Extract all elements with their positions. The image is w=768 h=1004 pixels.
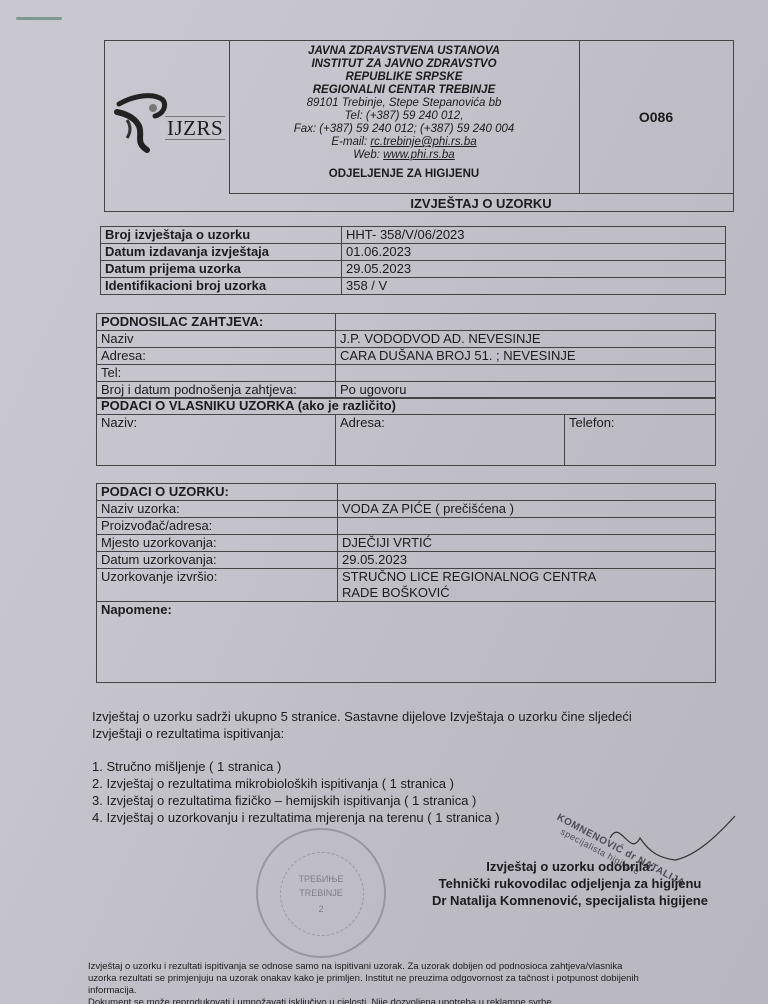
institution-tel: Tel: (+387) 59 240 012, xyxy=(229,110,579,123)
report-number-value: HHT- 358/V/06/2023 xyxy=(342,227,726,244)
table-row: PODNOSILAC ZAHTJEVA: xyxy=(97,314,716,331)
producer-label: Proizvođač/adresa: xyxy=(97,518,338,535)
sampled-by-line1: STRUČNO LICE REGIONALNOG CENTRA xyxy=(342,569,711,585)
table-row: Proizvođač/adresa: xyxy=(97,518,716,535)
institution-address: 89101 Trebinje, Stepe Stepanovića bb xyxy=(229,97,579,110)
institution-block: JAVNA ZDRAVSTVENA USTANOVA INSTITUT ZA J… xyxy=(229,41,580,193)
applicant-address-label: Adresa: xyxy=(97,348,336,365)
producer-value xyxy=(338,518,716,535)
sampled-by-value: STRUČNO LICE REGIONALNOG CENTRA RADE BOŠ… xyxy=(338,569,716,602)
table-row: Naziv J.P. VODODVOD AD. NEVESINJE xyxy=(97,331,716,348)
sample-id-label: Identifikacioni broj uzorka xyxy=(101,278,342,295)
table-row: Mjesto uzorkovanja: DJEČIJI VRTIĆ xyxy=(97,535,716,552)
applicant-table: PODNOSILAC ZAHTJEVA: Naziv J.P. VODODVOD… xyxy=(96,313,716,399)
owner-table: PODACI O VLASNIKU UZORKA (ako je različi… xyxy=(96,397,716,466)
table-row: Broj izvještaja o uzorku HHT- 358/V/06/2… xyxy=(101,227,726,244)
owner-name-label: Naziv: xyxy=(97,415,336,466)
request-value: Po ugovoru xyxy=(336,382,716,399)
stamp-text: 2 xyxy=(258,904,384,914)
summary-text: Izvještaj o uzorku sadrži ukupno 5 stran… xyxy=(92,708,732,742)
institution-fax: Fax: (+387) 59 240 012; (+387) 59 240 00… xyxy=(229,123,579,136)
report-info-table: Broj izvještaja o uzorku HHT- 358/V/06/2… xyxy=(100,226,726,295)
official-stamp: ТРЕБИЊЕ TREBINJE 2 xyxy=(256,828,386,958)
institution-web-row: Web: www.phi.rs.ba xyxy=(229,149,579,162)
table-row: Uzorkovanje izvršio: STRUČNO LICE REGION… xyxy=(97,569,716,602)
footer-line: Dokument se može reprodukovati i umnožav… xyxy=(88,997,748,1004)
applicant-name-value: J.P. VODODVOD AD. NEVESINJE xyxy=(336,331,716,348)
receipt-date-value: 29.05.2023 xyxy=(342,261,726,278)
table-row: Datum izdavanja izvještaja 01.06.2023 xyxy=(101,244,726,261)
sampling-place-value: DJEČIJI VRTIĆ xyxy=(338,535,716,552)
approver-name: Dr Natalija Komnenović, specijalista hig… xyxy=(400,892,740,909)
empty-cell xyxy=(338,484,716,501)
applicant-tel-value xyxy=(336,365,716,382)
table-row: Datum uzorkovanja: 29.05.2023 xyxy=(97,552,716,569)
sampled-by-line2: RADE BOŠKOVIĆ xyxy=(342,585,711,601)
table-row: PODACI O UZORKU: xyxy=(97,484,716,501)
table-row: Datum prijema uzorka 29.05.2023 xyxy=(101,261,726,278)
form-code-cell: O086 xyxy=(579,41,733,193)
issue-date-value: 01.06.2023 xyxy=(342,244,726,261)
table-row: Identifikacioni broj uzorka 358 / V xyxy=(101,278,726,295)
institution-line: JAVNA ZDRAVSTVENA USTANOVA xyxy=(229,45,579,58)
applicant-heading: PODNOSILAC ZAHTJEVA: xyxy=(97,314,336,331)
table-row: Adresa: CARA DUŠANA BROJ 51. ; NEVESINJE xyxy=(97,348,716,365)
document-title: IZVJEŠTAJ O UZORKU xyxy=(229,193,733,213)
footer-line: Izvještaj o uzorku i rezultati ispitivan… xyxy=(88,961,748,973)
summary-line: Izvještaji o rezultatima ispitivanja: xyxy=(92,725,732,742)
paper-mark xyxy=(16,17,62,20)
owner-heading: PODACI O VLASNIKU UZORKA (ako je različi… xyxy=(97,398,716,415)
owner-phone-label: Telefon: xyxy=(565,415,716,466)
institution-line: REPUBLIKE SRPSKE xyxy=(229,71,579,84)
stamp-text: TREBINJE xyxy=(258,888,384,898)
issue-date-label: Datum izdavanja izvještaja xyxy=(101,244,342,261)
notes-label: Napomene: xyxy=(97,602,716,683)
list-item: 3. Izvještaj o rezultatima fizičko – hem… xyxy=(92,792,732,809)
applicant-name-label: Naziv xyxy=(97,331,336,348)
stamp-text: ТРЕБИЊЕ xyxy=(258,874,384,884)
table-row: Naziv uzorka: VODA ZA PIĆE ( prečišćena … xyxy=(97,501,716,518)
footer-disclaimer: Izvještaj o uzorku i rezultati ispitivan… xyxy=(88,961,748,1004)
list-item: 2. Izvještaj o rezultatima mikrobiološki… xyxy=(92,775,732,792)
report-number-label: Broj izvještaja o uzorku xyxy=(101,227,342,244)
approval-line: Tehnički rukovodilac odjeljenja za higij… xyxy=(400,875,740,892)
form-code: O086 xyxy=(639,109,673,125)
web-label: Web: xyxy=(353,149,383,161)
approval-line: Izvještaj o uzorku odobrila: xyxy=(400,858,740,875)
sample-heading: PODACI O UZORKU: xyxy=(97,484,338,501)
table-row: Naziv: Adresa: Telefon: xyxy=(97,415,716,466)
footer-line: informacija. xyxy=(88,985,748,997)
sample-name-label: Naziv uzorka: xyxy=(97,501,338,518)
table-row: PODACI O VLASNIKU UZORKA (ako je različi… xyxy=(97,398,716,415)
table-row: Napomene: xyxy=(97,602,716,683)
web-link[interactable]: www.phi.rs.ba xyxy=(383,149,455,161)
logo-cell: IJZRS xyxy=(105,41,230,193)
sample-table: PODACI O UZORKU: Naziv uzorka: VODA ZA P… xyxy=(96,483,716,683)
sample-id-value: 358 / V xyxy=(342,278,726,295)
empty-cell xyxy=(336,314,716,331)
applicant-tel-label: Tel: xyxy=(97,365,336,382)
institution-line: INSTITUT ZA JAVNO ZDRAVSTVO xyxy=(229,58,579,71)
institution-line: REGIONALNI CENTAR TREBINJE xyxy=(229,84,579,97)
approval-block: Izvještaj o uzorku odobrila: Tehnički ru… xyxy=(400,858,740,909)
email-link[interactable]: rc.trebinje@phi.rs.ba xyxy=(370,136,476,148)
list-item: 1. Stručno mišljenje ( 1 stranica ) xyxy=(92,758,732,775)
ijzrs-logo-icon xyxy=(113,86,169,156)
logo-text: IJZRS xyxy=(165,116,225,140)
document-header: IJZRS JAVNA ZDRAVSTVENA USTANOVA INSTITU… xyxy=(104,40,734,212)
sample-name-value: VODA ZA PIĆE ( prečišćena ) xyxy=(338,501,716,518)
summary-line: Izvještaj o uzorku sadrži ukupno 5 stran… xyxy=(92,708,732,725)
sampling-date-label: Datum uzorkovanja: xyxy=(97,552,338,569)
table-row: Tel: xyxy=(97,365,716,382)
applicant-address-value: CARA DUŠANA BROJ 51. ; NEVESINJE xyxy=(336,348,716,365)
email-label: E-mail: xyxy=(331,136,370,148)
department-name: ODJELJENJE ZA HIGIJENU xyxy=(229,168,579,180)
request-label: Broj i datum podnošenja zahtjeva: xyxy=(97,382,336,399)
sampled-by-label: Uzorkovanje izvršio: xyxy=(97,569,338,602)
sampling-date-value: 29.05.2023 xyxy=(338,552,716,569)
footer-line: uzorka rezultati se primjenjuju na uzora… xyxy=(88,973,748,985)
table-row: Broj i datum podnošenja zahtjeva: Po ugo… xyxy=(97,382,716,399)
owner-address-label: Adresa: xyxy=(336,415,565,466)
receipt-date-label: Datum prijema uzorka xyxy=(101,261,342,278)
institution-email-row: E-mail: rc.trebinje@phi.rs.ba xyxy=(229,136,579,149)
sampling-place-label: Mjesto uzorkovanja: xyxy=(97,535,338,552)
